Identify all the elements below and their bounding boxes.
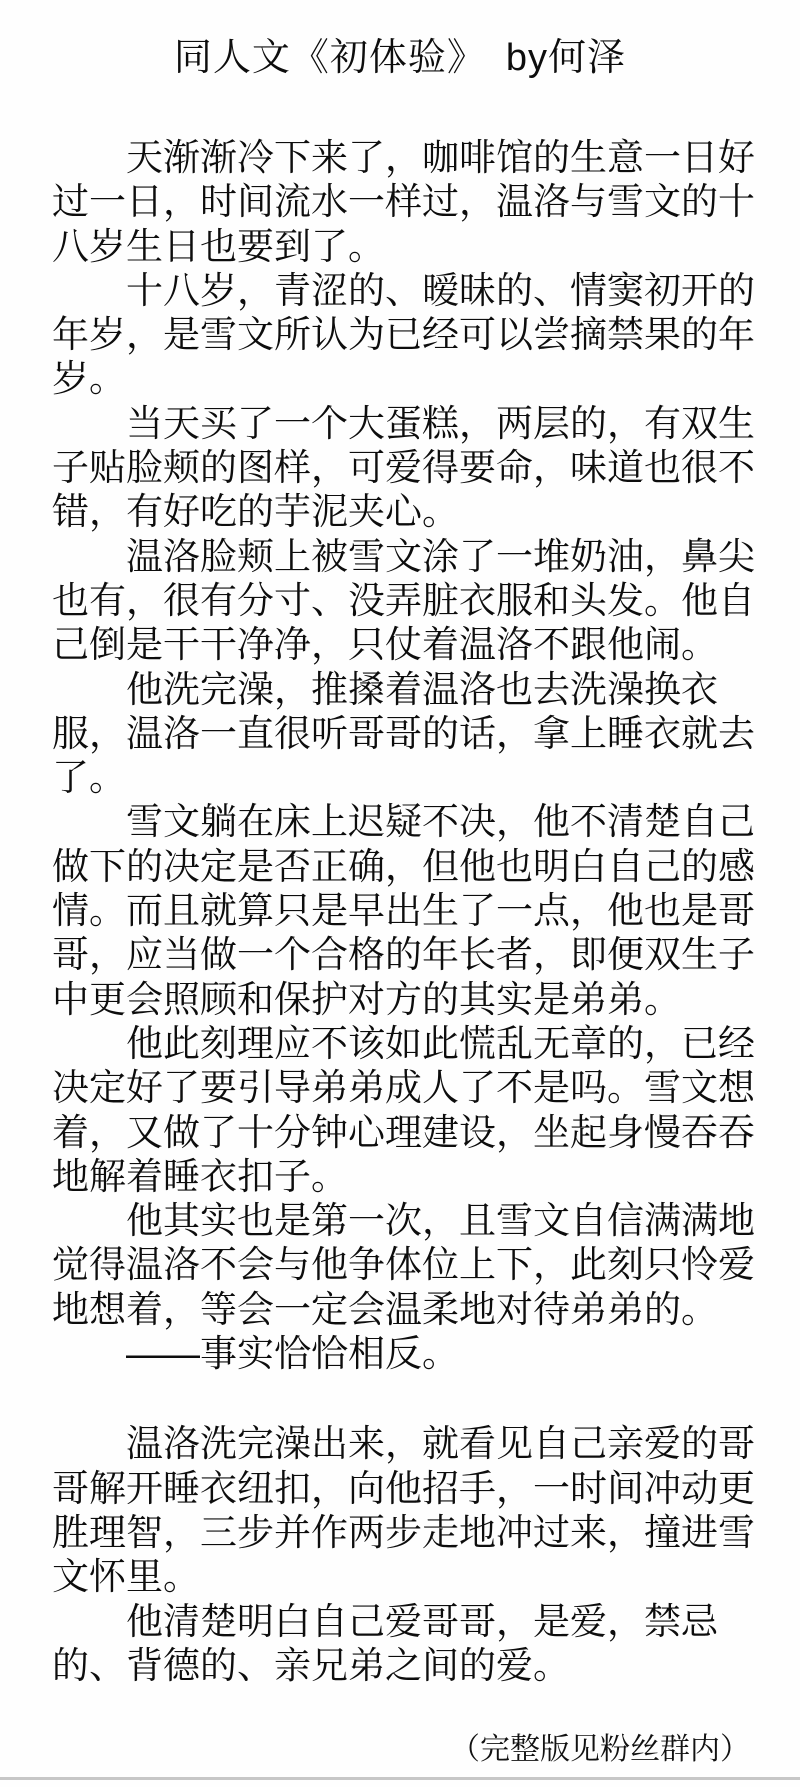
story-paragraph: 他洗完澡，推搡着温洛也去洗澡换衣服，温洛一直很听哥哥的话，拿上睡衣就去了。 xyxy=(52,668,759,801)
story-paragraph: 他其实也是第一次，且雪文自信满满地觉得温洛不会与他争体位上下，此刻只怜爱地想着，… xyxy=(52,1199,759,1332)
story-paragraph: 他此刻理应不该如此慌乱无章的，已经决定好了要引导弟弟成人了不是吗。雪文想着，又做… xyxy=(52,1022,759,1199)
page-title: 同人文《初体验》 by何泽 xyxy=(0,36,800,81)
story-paragraph: 温洛脸颊上被雪文涂了一堆奶油，鼻尖也有，很有分寸、没弄脏衣服和头发。他自己倒是干… xyxy=(52,535,759,668)
story-body: 天渐渐冷下来了，咖啡馆的生意一日好过一日，时间流水一样过，温洛与雪文的十八岁生日… xyxy=(52,136,759,1688)
document-page: 同人文《初体验》 by何泽 天渐渐冷下来了，咖啡馆的生意一日好过一日，时间流水一… xyxy=(0,0,800,1787)
story-paragraph: 温洛洗完澡出来，就看见自己亲爱的哥哥解开睡衣纽扣，向他招手，一时间冲动更胜理智，… xyxy=(52,1422,759,1599)
footer-note: （完整版见粉丝群内） xyxy=(0,1730,750,1770)
story-paragraph: 他清楚明白自己爱哥哥，是爱，禁忌的、背德的、亲兄弟之间的爱。 xyxy=(52,1600,759,1689)
story-paragraph: 当天买了一个大蛋糕，两层的，有双生子贴脸颊的图样，可爱得要命，味道也很不错，有好… xyxy=(52,402,759,535)
story-paragraph: 十八岁，青涩的、暧昧的、情窦初开的年岁，是雪文所认为已经可以尝摘禁果的年岁。 xyxy=(52,269,759,402)
story-paragraph: 天渐渐冷下来了，咖啡馆的生意一日好过一日，时间流水一样过，温洛与雪文的十八岁生日… xyxy=(52,136,759,269)
story-paragraph: ——事实恰恰相反。 xyxy=(52,1332,759,1376)
story-paragraph: 雪文躺在床上迟疑不决，他不清楚自己做下的决定是否正确，但他也明白自己的感情。而且… xyxy=(52,800,759,1021)
bottom-edge-line xyxy=(0,1777,800,1780)
